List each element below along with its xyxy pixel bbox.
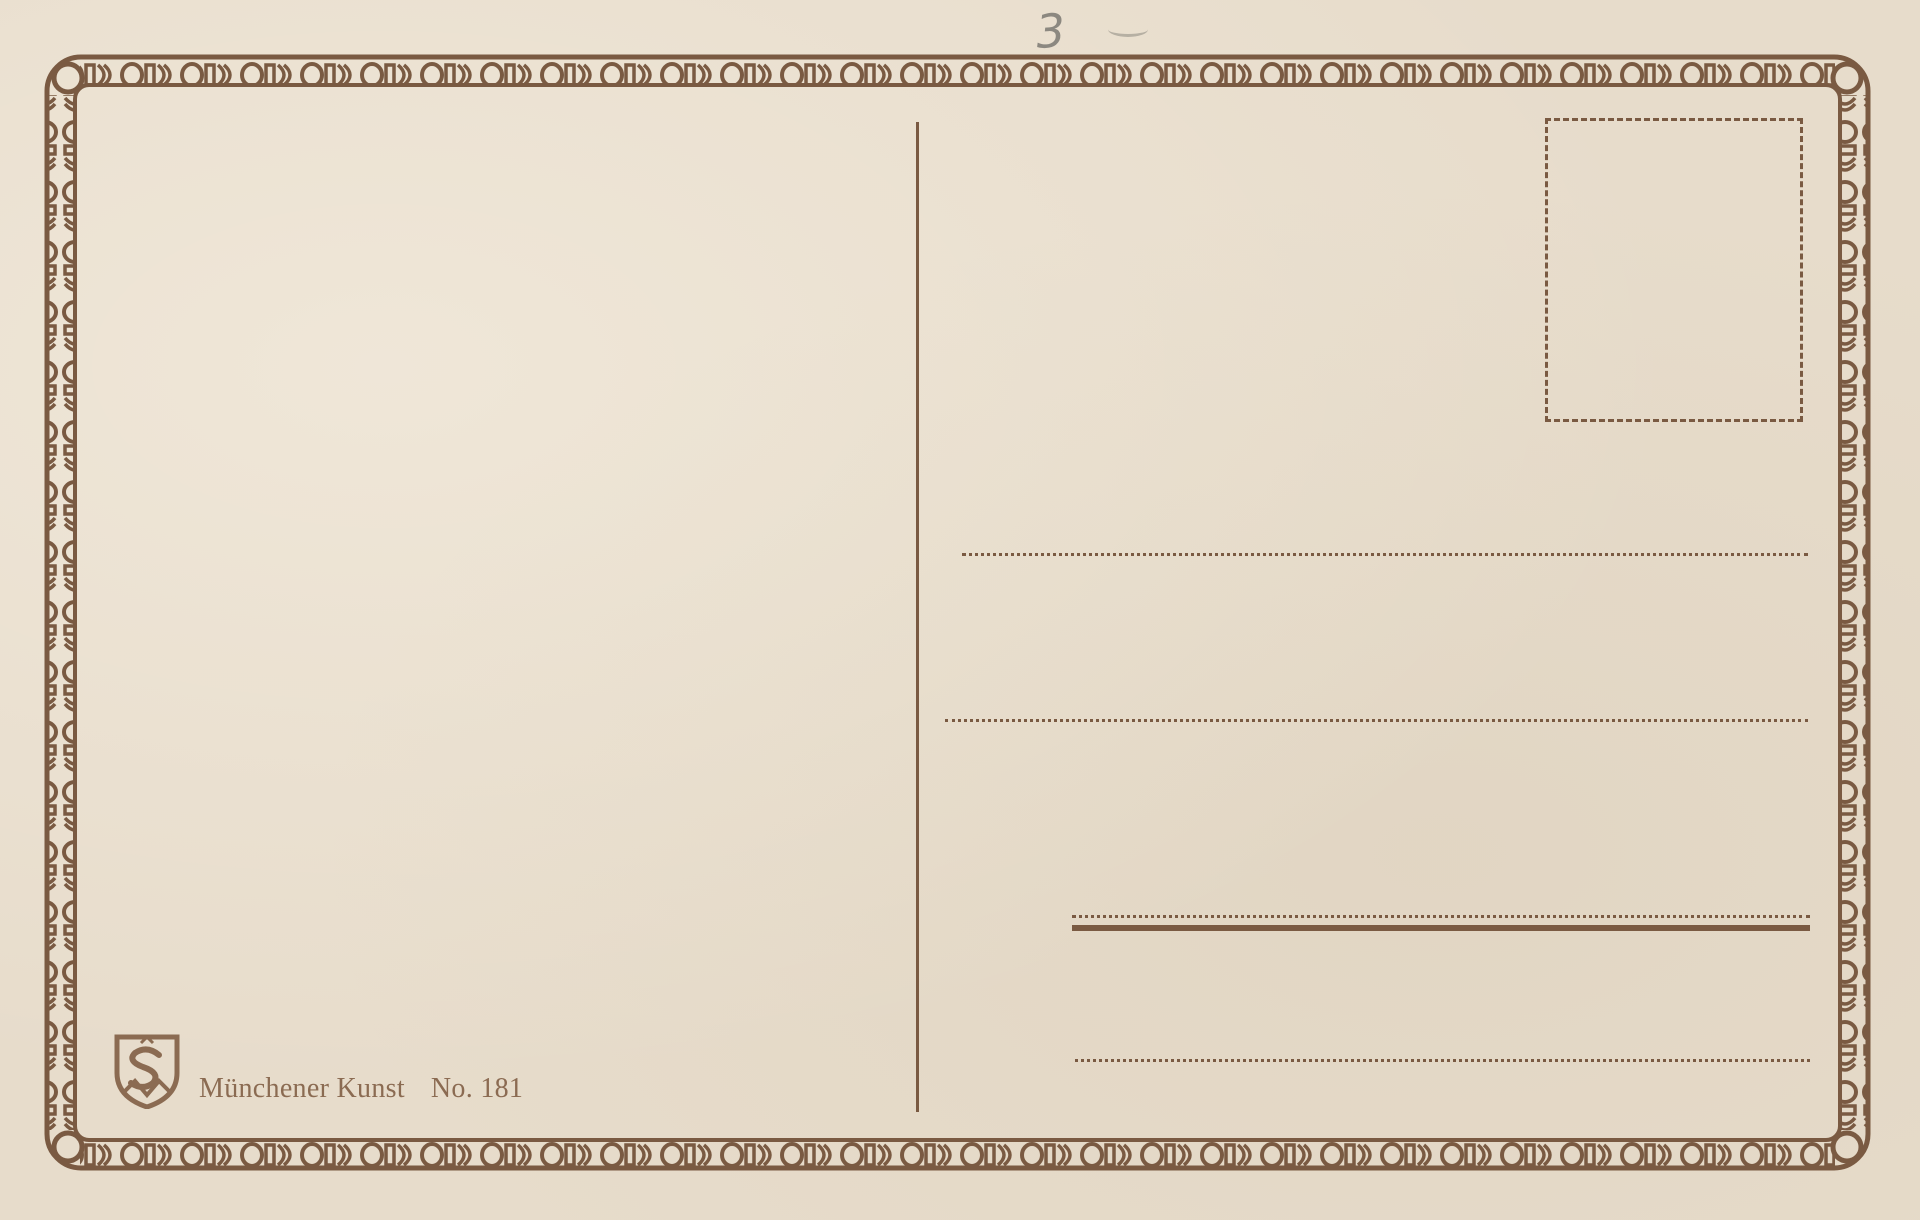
stamp-placement-box [1545,118,1803,422]
publisher-imprint: Münchener Kunst No. 181 [113,1033,523,1109]
message-address-divider [916,122,919,1112]
shield-s-monogram-icon [113,1033,181,1109]
address-line-4 [1075,1059,1810,1062]
address-line-3 [1072,915,1810,918]
address-line-2 [945,719,1808,722]
address-underline-solid [1072,925,1810,931]
pencil-number-mark: 3 [1034,3,1067,59]
pencil-squiggle [1108,22,1148,37]
publisher-number: No. 181 [431,1075,523,1109]
postcard-back: 3 Münchener Kunst No. 181 [0,0,1920,1220]
address-line-1 [962,553,1808,556]
publisher-name: Münchener Kunst [199,1075,405,1109]
